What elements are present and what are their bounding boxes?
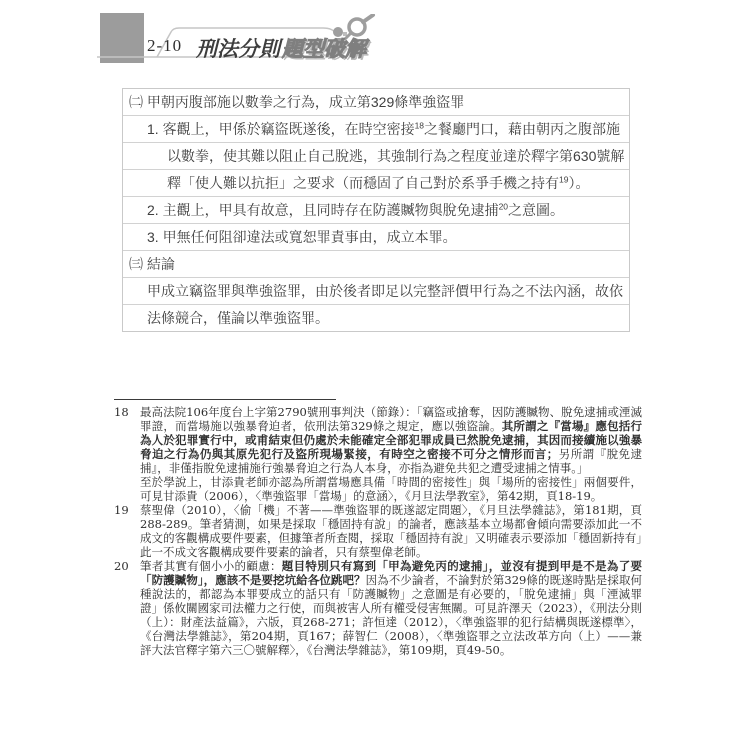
footnotes: 18最高法院106年度台上字第2790號刑事判決（節錄）：「竊盜或搶奪，因防護贓…	[114, 405, 642, 657]
footnote-text: 筆者其實有個小小的顧慮：	[140, 559, 282, 573]
content-row: 以數拳，使其難以阻止自己脫逃，其強制行為之程度並達於釋字第630號解	[123, 143, 629, 170]
content-row: 2. 主觀上，甲具有故意，且同時存在防護贓物與脫免逮捕20之意圖。	[123, 197, 629, 224]
footnote-ref: 19	[559, 174, 568, 184]
footnote: 20筆者其實有個小小的顧慮：題目特別只有寫到「甲為避免丙的逮捕」，並沒有提到甲是…	[114, 559, 642, 657]
footnote-ref: 20	[499, 201, 508, 211]
content-row: 3. 甲無任何阻卻違法或寬恕罪責事由，成立本罪。	[123, 224, 629, 251]
content-row: 甲成立竊盜罪與準強盜罪，由於後者即足以完整評價甲行為之不法內涵，故依	[123, 278, 629, 305]
content-row: ㈢ 結論	[123, 251, 629, 278]
page-number: 2-10	[147, 36, 182, 56]
chapter-title-plain: 刑法分則	[196, 38, 280, 61]
content-row: 1. 客觀上，甲係於竊盜既遂後，在時空密接18之餐廳門口，藉由朝丙之腹部施	[123, 116, 629, 143]
footnote-text: 蔡聖偉（2010），〈偷「機」不著——準強盜罪的既遂認定問題〉，《月旦法學雜誌》…	[140, 503, 642, 559]
footnote-divider	[114, 399, 336, 400]
footnote-number: 19	[114, 503, 129, 517]
footnote-number: 18	[114, 405, 129, 419]
content-row: 釋「使人難以抗拒」之要求（而穩固了自己對於系爭手機之持有19）。	[123, 170, 629, 197]
chapter-title-fancy: 題型破解	[282, 38, 366, 61]
chapter-title: 刑法分則題型破解	[196, 33, 366, 63]
book-page: 2-10 刑法分則題型破解 ㈡ 甲朝丙腹部施以數拳之行為，成立第329條準強盜罪…	[0, 0, 750, 750]
content-row: 法條競合，僅論以準強盜罪。	[123, 305, 629, 331]
footnote-number: 20	[114, 559, 129, 573]
footnote: 19蔡聖偉（2010），〈偷「機」不著——準強盜罪的既遂認定問題〉，《月旦法學雜…	[114, 503, 642, 559]
content-table: ㈡ 甲朝丙腹部施以數拳之行為，成立第329條準強盜罪1. 客觀上，甲係於竊盜既遂…	[122, 88, 630, 332]
footnote-text: 至於學說上，甘添貴老師亦認為所謂當場應具備「時間的密接性」與「場所的密接性」兩個…	[140, 475, 642, 503]
footnote: 18最高法院106年度台上字第2790號刑事判決（節錄）：「竊盜或搶奪，因防護贓…	[114, 405, 642, 503]
content-row: ㈡ 甲朝丙腹部施以數拳之行為，成立第329條準強盜罪	[123, 89, 629, 116]
footnote-ref: 18	[415, 120, 424, 130]
